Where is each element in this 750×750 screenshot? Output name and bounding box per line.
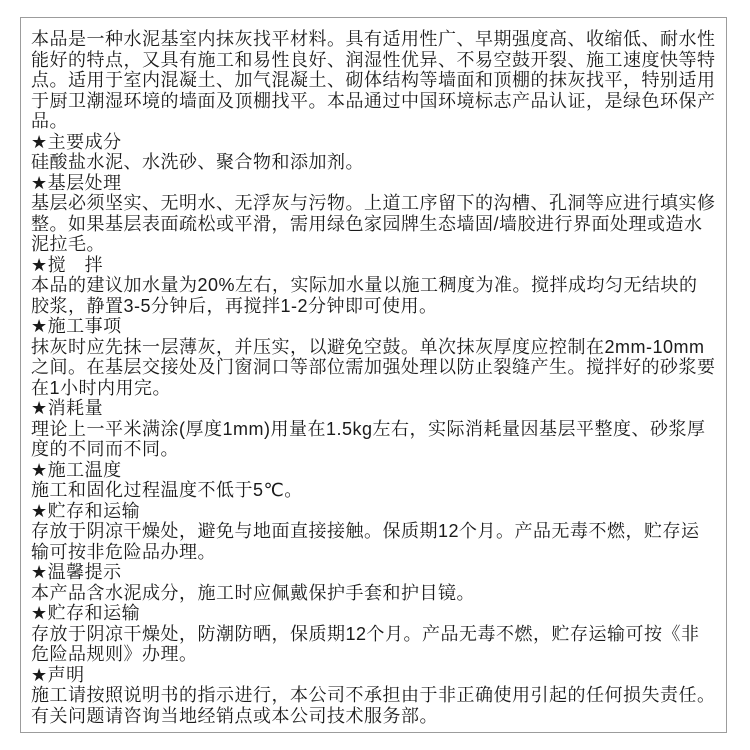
section: ★消耗量理论上一平米满涂(厚度1mm)用量在1.5kg左右，实际消耗量因基层平整…: [31, 398, 716, 460]
section-body: 施工和固化过程温度不低于5℃。: [31, 480, 716, 501]
section: ★基层处理基层必须坚实、无明水、无浮灰与污物。上道工序留下的沟槽、孔洞等应进行填…: [31, 173, 716, 255]
section: ★贮存和运输存放于阴凉干燥处，避免与地面直接接触。保质期12个月。产品无毒不燃，…: [31, 501, 716, 563]
section: ★施工温度施工和固化过程温度不低于5℃。: [31, 460, 716, 501]
section-body: 施工请按照说明书的指示进行，本公司不承担由于非正确使用引起的任何损失责任。有关问…: [31, 685, 716, 726]
product-instructions-panel: 本品是一种水泥基室内抹灰找平材料。具有适用性广、早期强度高、收缩低、耐水性能好的…: [20, 17, 727, 733]
section-body: 存放于阴凉干燥处，防潮防晒，保质期12个月。产品无毒不燃，贮存运输可按《非危险品…: [31, 624, 716, 665]
section-body: 本品的建议加水量为20%左右，实际加水量以施工稠度为准。搅拌成均匀无结块的胶浆，…: [31, 275, 716, 316]
section-heading: ★施工事项: [31, 316, 716, 337]
section: ★温馨提示本产品含水泥成分，施工时应佩戴保护手套和护目镜。: [31, 562, 716, 603]
section: ★贮存和运输存放于阴凉干燥处，防潮防晒，保质期12个月。产品无毒不燃，贮存运输可…: [31, 603, 716, 665]
section: ★搅 拌本品的建议加水量为20%左右，实际加水量以施工稠度为准。搅拌成均匀无结块…: [31, 255, 716, 317]
section-body: 存放于阴凉干燥处，避免与地面直接接触。保质期12个月。产品无毒不燃，贮存运输可按…: [31, 521, 716, 562]
section-heading: ★消耗量: [31, 398, 716, 419]
section-heading: ★贮存和运输: [31, 501, 716, 522]
section-body: 理论上一平米满涂(厚度1mm)用量在1.5kg左右，实际消耗量因基层平整度、砂浆…: [31, 419, 716, 460]
section-heading: ★温馨提示: [31, 562, 716, 583]
section: ★施工事项抹灰时应先抹一层薄灰，并压实，以避免空鼓。单次抹灰厚度应控制在2mm-…: [31, 316, 716, 398]
section-heading: ★声明: [31, 665, 716, 686]
section-heading: ★贮存和运输: [31, 603, 716, 624]
section: ★声明施工请按照说明书的指示进行，本公司不承担由于非正确使用引起的任何损失责任。…: [31, 665, 716, 727]
sections-container: ★主要成分硅酸盐水泥、水洗砂、聚合物和添加剂。★基层处理基层必须坚实、无明水、无…: [31, 132, 716, 727]
section-heading: ★主要成分: [31, 132, 716, 153]
intro-paragraph: 本品是一种水泥基室内抹灰找平材料。具有适用性广、早期强度高、收缩低、耐水性能好的…: [31, 29, 716, 132]
section-heading: ★搅 拌: [31, 255, 716, 276]
section-heading: ★施工温度: [31, 460, 716, 481]
section-body: 抹灰时应先抹一层薄灰，并压实，以避免空鼓。单次抹灰厚度应控制在2mm-10mm之…: [31, 337, 716, 399]
section: ★主要成分硅酸盐水泥、水洗砂、聚合物和添加剂。: [31, 132, 716, 173]
section-body: 本产品含水泥成分，施工时应佩戴保护手套和护目镜。: [31, 583, 716, 604]
section-body: 硅酸盐水泥、水洗砂、聚合物和添加剂。: [31, 152, 716, 173]
section-body: 基层必须坚实、无明水、无浮灰与污物。上道工序留下的沟槽、孔洞等应进行填实修整。如…: [31, 193, 716, 255]
section-heading: ★基层处理: [31, 173, 716, 194]
